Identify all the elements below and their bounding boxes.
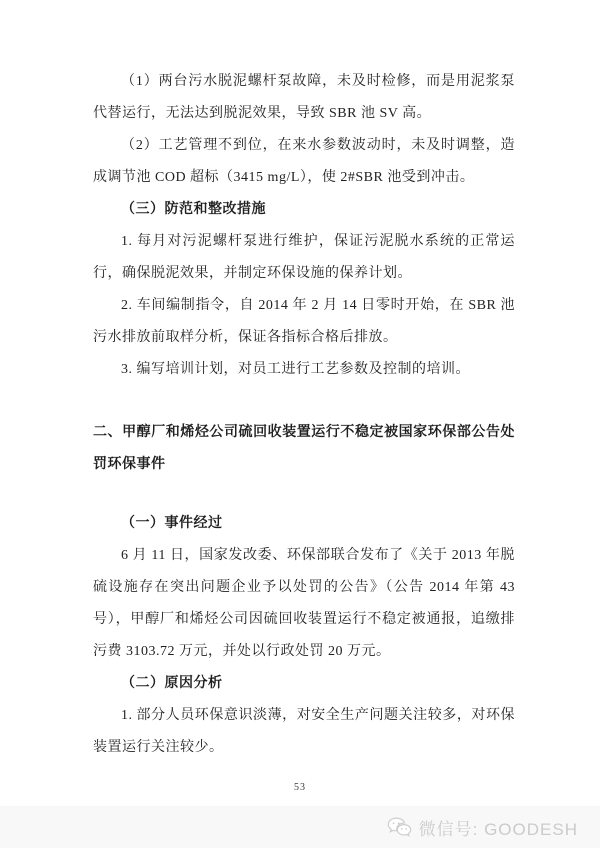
wechat-watermark-bar: 微信号: GOODESH [0,806,600,848]
subsection-heading-measures: （三）防范和整改措施 [93,194,515,226]
paragraph-cause-2: （2）工艺管理不到位，在来水参数波动时，未及时调整，造成调节池 COD 超标（3… [93,130,515,194]
paragraph-measure-3: 3. 编写培训计划，对员工进行工艺参数及控制的培训。 [93,354,515,386]
paragraph-incident-course: 6 月 11 日，国家发改委、环保部联合发布了《关于 2013 年脱硫设施存在突… [93,540,515,668]
paragraph-analysis-1: 1. 部分人员环保意识淡薄，对安全生产问题关注较多，对环保装置运行关注较少。 [93,700,515,764]
paragraph-cause-1: （1）两台污水脱泥螺杆泵故障，未及时检修，而是用泥浆泵代替运行，无法达到脱泥效果… [93,66,515,130]
section-heading-incident-2: 二、甲醇厂和烯烃公司硫回收装置运行不稳定被国家环保部公告处罚环保事件 [93,417,515,481]
wechat-icon [387,817,412,838]
document-page: （1）两台污水脱泥螺杆泵故障，未及时检修，而是用泥浆泵代替运行，无法达到脱泥效果… [0,0,600,848]
paragraph-measure-2: 2. 车间编制指令，自 2014 年 2 月 14 日零时开始，在 SBR 池污… [93,290,515,354]
page-number: 53 [0,782,600,793]
document-body: （1）两台污水脱泥螺杆泵故障，未及时检修，而是用泥浆泵代替运行，无法达到脱泥效果… [93,66,515,764]
subsection-heading-analysis: （二）原因分析 [93,668,515,700]
paragraph-measure-1: 1. 每月对污泥螺杆泵进行维护，保证污泥脱水系统的正常运行，确保脱泥效果，并制定… [93,226,515,290]
wechat-id-label: 微信号: GOODESH [419,815,578,840]
subsection-heading-course: （一）事件经过 [93,508,515,540]
